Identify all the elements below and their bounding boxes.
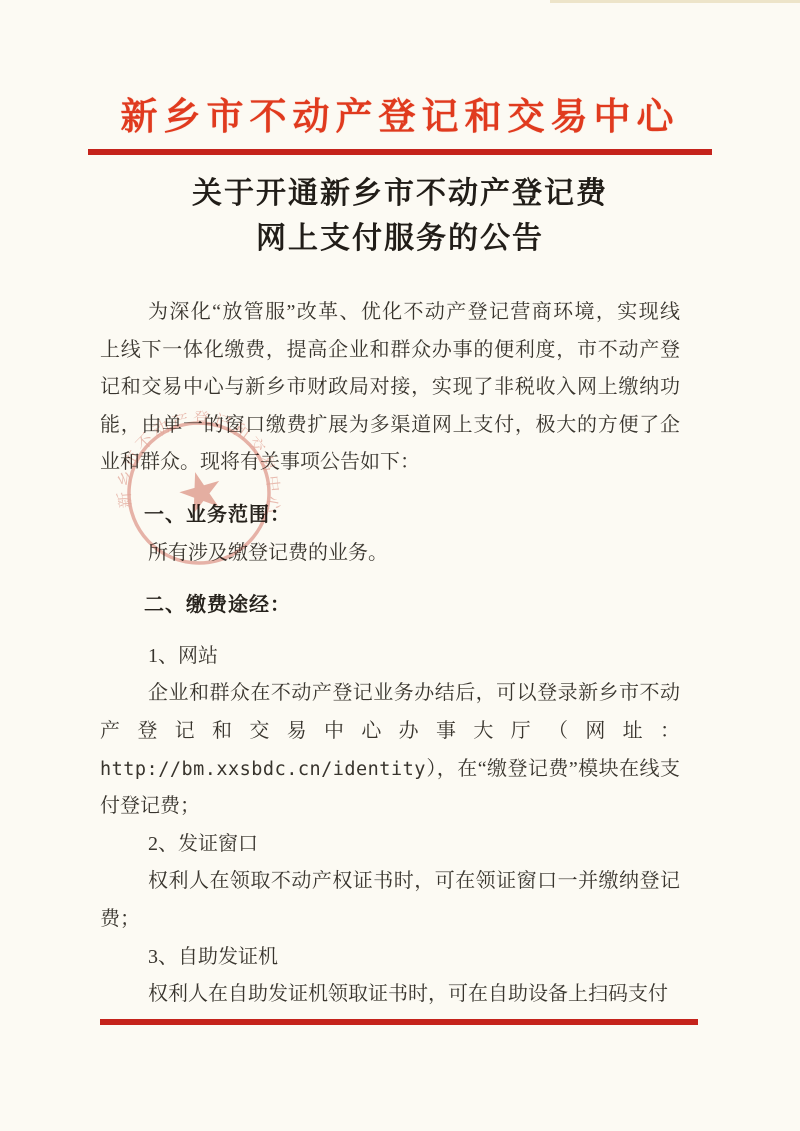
payment-item-3-label: 3、自助发证机: [100, 939, 680, 977]
payment-item-2-line-1: 权利人在领取不动产权证书时，可在领证窗口一并缴纳登记: [100, 863, 680, 901]
payment-item-2-label: 2、发证窗口: [100, 826, 680, 864]
intro-line-5: 业和群众。现将有关事项公告如下：: [100, 444, 680, 482]
payment-item-1-line-1: 企业和群众在不动产登记业务办结后，可以登录新乡市不动: [100, 675, 680, 713]
payment-item-1-line-3-rest: ），在“缴登记费”模块在线支: [426, 758, 680, 780]
document-title-line-1: 关于开通新乡市不动产登记费: [0, 171, 800, 216]
section-2-heading: 二、缴费途经：: [100, 587, 680, 625]
payment-item-1-line-2: 产登记和交易中心办事大厅（网址：: [100, 713, 680, 751]
section-1-body: 所有涉及缴登记费的业务。: [100, 535, 680, 573]
section-1-heading: 一、业务范围：: [100, 497, 680, 535]
intro-line-4: 能，由单一的窗口缴费扩展为多渠道网上支付，极大的方便了企: [100, 407, 680, 445]
payment-item-1-line-3: http://bm.xxsbdc.cn/identity），在“缴登记费”模块在…: [100, 751, 680, 789]
document-title: 关于开通新乡市不动产登记费 网上支付服务的公告: [0, 171, 800, 261]
scanned-announcement-page: 新乡市不动产登记和交易中心 关于开通新乡市不动产登记费 网上支付服务的公告 为深…: [0, 0, 800, 1131]
payment-item-2-line-2: 费；: [100, 901, 680, 939]
intro-line-3: 记和交易中心与新乡市财政局对接，实现了非税收入网上缴纳功: [100, 369, 680, 407]
intro-line-2: 上线下一体化缴费，提高企业和群众办事的便利度，市不动产登: [100, 332, 680, 370]
letterhead-rule: [88, 149, 712, 155]
payment-item-3-line-1: 权利人在自助发证机领取证书时，可在自助设备上扫码支付: [100, 976, 680, 1014]
payment-portal-url: http://bm.xxsbdc.cn/identity: [100, 759, 426, 780]
document-title-line-2: 网上支付服务的公告: [0, 216, 800, 261]
footer-rule: [100, 1019, 698, 1025]
letterhead-org-name: 新乡市不动产登记和交易中心: [0, 0, 800, 140]
announcement-body: 为深化“放管服”改革、优化不动产登记营商环境，实现线 上线下一体化缴费，提高企业…: [100, 294, 680, 1014]
payment-item-1-label: 1、网站: [100, 638, 680, 676]
payment-item-1-line-4: 付登记费；: [100, 788, 680, 826]
letterhead: 新乡市不动产登记和交易中心: [0, 0, 800, 155]
intro-line-1: 为深化“放管服”改革、优化不动产登记营商环境，实现线: [100, 294, 680, 332]
scan-artifact-line: [550, 0, 800, 3]
